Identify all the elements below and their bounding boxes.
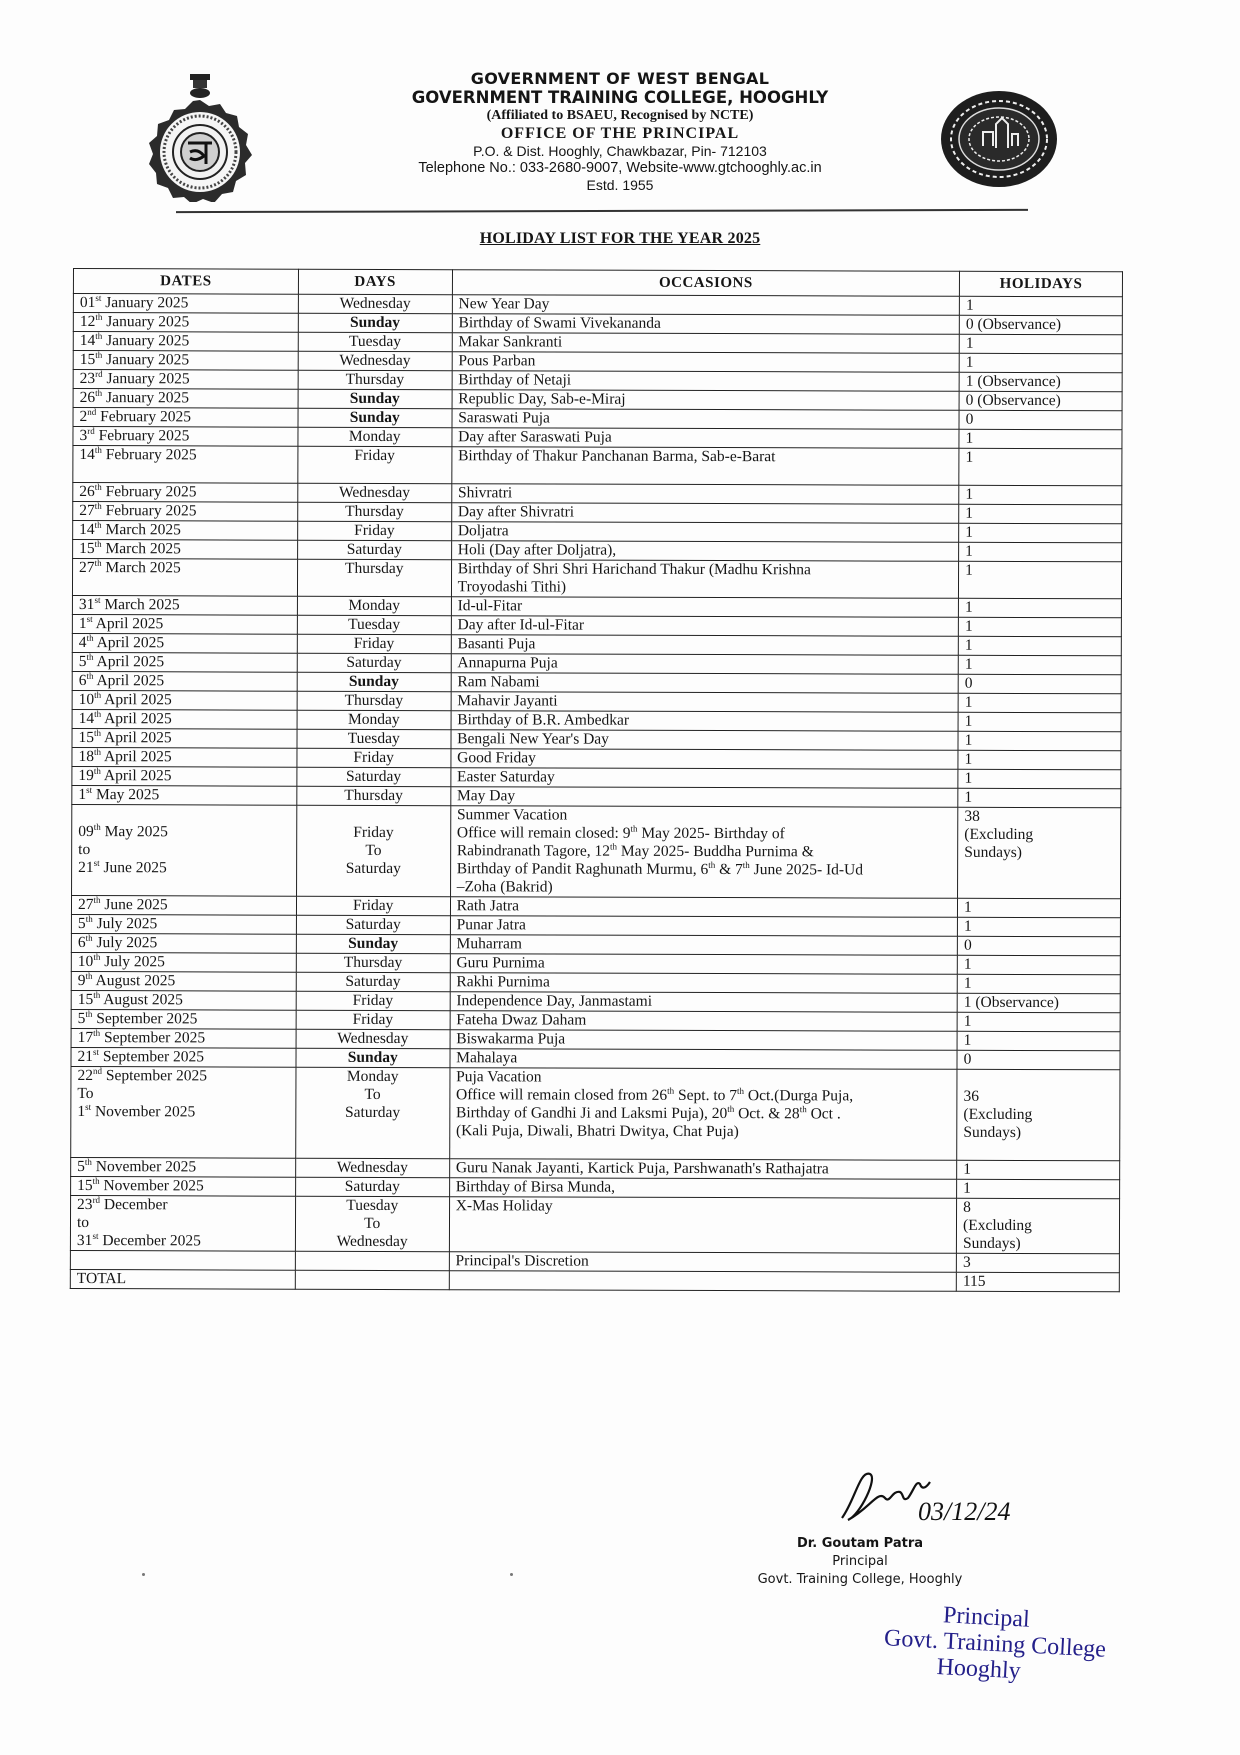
scan-speck <box>510 1573 513 1576</box>
date-cell <box>70 1250 295 1270</box>
occasion-cell: Good Friday <box>451 749 958 770</box>
date-cell: 5th November 2025 <box>71 1157 296 1177</box>
date-cell: 27th February 2025 <box>73 502 298 522</box>
holidays-cell: 0 <box>958 674 1121 694</box>
holidays-cell: 1 <box>958 636 1121 656</box>
date-cell: 5th July 2025 <box>71 914 296 934</box>
date-cell: 18th April 2025 <box>72 747 297 767</box>
date-cell: 23rd Decemberto31st December 2025 <box>70 1195 295 1251</box>
occasion-cell: Birthday of Netaji <box>452 371 959 392</box>
holidays-cell: 1 <box>957 1012 1120 1032</box>
date-cell: 26th January 2025 <box>73 389 298 409</box>
day-cell: Tuesday <box>297 729 451 748</box>
document-page: GOVERNMENT OF WEST BENGAL GOVERNMENT TRA… <box>0 0 1240 1755</box>
signatory-designation: Principal <box>700 1553 1020 1571</box>
date-cell: TOTAL <box>70 1269 295 1289</box>
date-cell: 22nd September 2025To1st November 2025 <box>71 1066 296 1158</box>
occasion-cell: Birthday of Swami Vivekananda <box>452 314 959 335</box>
holidays-cell: 1 <box>958 898 1121 918</box>
day-cell: Wednesday <box>295 1158 449 1177</box>
date-cell: 15th November 2025 <box>71 1176 296 1196</box>
date-cell: 9th August 2025 <box>71 971 296 991</box>
table-header-row: DATES DAYS OCCASIONS HOLIDAYS <box>73 269 1122 297</box>
date-cell: 27th June 2025 <box>71 895 296 915</box>
holidays-cell: 0 <box>959 410 1122 430</box>
occasion-cell: Guru Nanak Jayanti, Kartick Puja, Parshw… <box>449 1159 956 1180</box>
date-cell: 10th July 2025 <box>71 952 296 972</box>
day-cell: Saturday <box>296 915 450 934</box>
date-cell: 19th April 2025 <box>72 766 297 786</box>
date-cell: 15th April 2025 <box>72 728 297 748</box>
established: Estd. 1955 <box>300 177 940 194</box>
date-cell: 2nd February 2025 <box>73 408 298 428</box>
table-row: 22nd September 2025To1st November 2025Mo… <box>71 1066 1120 1160</box>
day-cell: TuesdayToWednesday <box>295 1196 449 1251</box>
occasion-cell: Guru Purnima <box>450 954 957 975</box>
date-cell: 23rd January 2025 <box>73 370 298 390</box>
holidays-cell: 115 <box>956 1272 1119 1292</box>
holidays-cell: 1 <box>958 617 1121 637</box>
office-name: OFFICE OF THE PRINCIPAL <box>300 125 940 143</box>
day-cell: Wednesday <box>296 1029 450 1048</box>
date-cell: 14th February 2025 <box>73 446 298 484</box>
occasion-cell: Fateha Dwaz Daham <box>450 1011 957 1032</box>
holidays-cell: 1 <box>958 693 1121 713</box>
occasion-cell: Birthday of Birsa Munda, <box>449 1178 956 1199</box>
holidays-cell: 1 <box>959 353 1122 373</box>
govt-name: GOVERNMENT OF WEST BENGAL <box>300 70 940 88</box>
holidays-cell: 8(ExcludingSundays) <box>956 1198 1119 1254</box>
day-cell: Friday <box>296 1010 450 1029</box>
date-cell: 31st March 2025 <box>72 595 297 615</box>
day-cell <box>295 1251 449 1270</box>
holidays-cell: 1 <box>959 561 1122 599</box>
day-cell: Sunday <box>297 672 451 691</box>
occasion-cell: Rakhi Purnima <box>450 973 957 994</box>
day-cell: Saturday <box>297 653 451 672</box>
letterhead: GOVERNMENT OF WEST BENGAL GOVERNMENT TRA… <box>300 70 940 194</box>
day-cell: Tuesday <box>298 332 452 351</box>
holidays-cell: 1 <box>957 1179 1120 1199</box>
date-cell: 15th August 2025 <box>71 990 296 1010</box>
occasion-cell: Shivratri <box>451 484 958 505</box>
occasion-cell: Birthday of Shri Shri Harichand Thakur (… <box>451 560 959 599</box>
day-cell: Friday <box>297 521 451 540</box>
holidays-cell: 38(ExcludingSundays) <box>958 807 1121 899</box>
day-cell: Saturday <box>297 540 451 559</box>
table-row: 23rd Decemberto31st December 2025Tuesday… <box>70 1195 1119 1253</box>
date-cell: 12th January 2025 <box>73 313 298 333</box>
holidays-cell: 1 <box>959 448 1122 486</box>
day-cell: Wednesday <box>298 351 452 370</box>
holidays-cell: 1 <box>959 485 1122 505</box>
holidays-cell: 1 <box>957 1160 1120 1180</box>
occasion-cell: Birthday of Thakur Panchanan Barma, Sab-… <box>451 447 959 486</box>
occasion-cell: Summer VacationOffice will remain closed… <box>450 806 958 899</box>
signatory-institution: Govt. Training College, Hooghly <box>700 1571 1020 1589</box>
occasion-cell: Basanti Puja <box>451 635 958 656</box>
holidays-cell: 1 <box>957 955 1120 975</box>
table-row: 09th May 2025to21st June 2025 FridayToSa… <box>72 804 1121 898</box>
occasion-cell: Republic Day, Sab-e-Miraj <box>452 390 959 411</box>
day-cell: Thursday <box>297 786 451 805</box>
occasion-cell: Puja VacationOffice will remain closed f… <box>449 1068 957 1161</box>
occasion-cell: Rath Jatra <box>450 897 957 918</box>
day-cell: Thursday <box>297 691 451 710</box>
holidays-cell: 3 <box>956 1253 1119 1273</box>
occasion-cell: Easter Saturday <box>451 768 958 789</box>
occasion-cell: May Day <box>450 787 957 808</box>
occasion-cell: Pous Parban <box>452 352 959 373</box>
day-cell: Friday <box>298 446 452 483</box>
holidays-cell: 1 <box>958 769 1121 789</box>
day-cell: Wednesday <box>298 294 452 313</box>
date-cell: 5th April 2025 <box>72 652 297 672</box>
occasion-cell: Biswakarma Puja <box>450 1030 957 1051</box>
holidays-cell: 1 <box>958 731 1121 751</box>
table-row: TOTAL 115 <box>70 1269 1119 1291</box>
occasion-cell: Punar Jatra <box>450 916 957 937</box>
holiday-table: DATES DAYS OCCASIONS HOLIDAYS 01st Janua… <box>70 268 1123 1292</box>
date-cell: 14th January 2025 <box>73 332 298 352</box>
holidays-cell: 1 <box>958 655 1121 675</box>
date-cell: 15th January 2025 <box>73 351 298 371</box>
occasion-cell: Day after Shivratri <box>451 503 958 524</box>
occasion-cell: Doljatra <box>451 522 958 543</box>
holidays-cell: 1 <box>958 712 1121 732</box>
day-cell: Thursday <box>297 559 451 596</box>
table-row: 14th February 2025FridayBirthday of Thak… <box>73 446 1122 486</box>
occasion-cell: Mahavir Jayanti <box>451 692 958 713</box>
date-cell: 21st September 2025 <box>71 1047 296 1067</box>
occasion-cell: Id-ul-Fitar <box>451 597 958 618</box>
occasion-cell: Principal's Discretion <box>449 1252 956 1273</box>
address: P.O. & Dist. Hooghly, Chawkbazar, Pin- 7… <box>300 143 940 160</box>
holidays-cell: 0 <box>957 1050 1120 1070</box>
west-bengal-emblem-icon <box>148 72 252 202</box>
date-cell: 14th April 2025 <box>72 709 297 729</box>
holidays-cell: 0 <box>957 936 1120 956</box>
holidays-cell: 1 <box>959 296 1122 316</box>
date-cell: 26th February 2025 <box>73 483 298 503</box>
occasion-cell <box>449 1271 956 1292</box>
holidays-cell: 1 <box>959 504 1122 524</box>
occasion-cell: Holi (Day after Doljatra), <box>451 541 958 562</box>
holidays-cell: 1 <box>959 429 1122 449</box>
day-cell: Friday <box>296 991 450 1010</box>
header-divider <box>176 209 1028 213</box>
column-header-dates: DATES <box>73 269 298 295</box>
holidays-cell: 1 <box>959 542 1122 562</box>
holidays-cell: 1 <box>957 974 1120 994</box>
holidays-cell: 1 (Observance) <box>957 993 1120 1013</box>
occasion-cell: Saraswati Puja <box>452 409 959 430</box>
occasion-cell: Mahalaya <box>450 1049 957 1070</box>
day-cell: Friday <box>297 748 451 767</box>
date-cell: 09th May 2025to21st June 2025 <box>72 804 297 896</box>
college-seal-icon <box>938 88 1060 190</box>
occasion-cell: Makar Sankranti <box>452 333 959 354</box>
occasion-cell: X-Mas Holiday <box>449 1197 957 1254</box>
day-cell: Saturday <box>296 972 450 991</box>
date-cell: 14th March 2025 <box>73 521 298 541</box>
day-cell: Monday <box>297 710 451 729</box>
day-cell: Saturday <box>295 1177 449 1196</box>
date-cell: 15th March 2025 <box>73 540 298 560</box>
holidays-cell: 1 <box>957 1031 1120 1051</box>
holidays-cell: 1 <box>957 917 1120 937</box>
date-cell: 27th March 2025 <box>72 559 297 597</box>
date-cell: 10th April 2025 <box>72 690 297 710</box>
day-cell: MondayToSaturday <box>295 1067 449 1158</box>
day-cell: Thursday <box>297 502 451 521</box>
holidays-cell: 1 <box>959 334 1122 354</box>
holidays-cell: 1 <box>958 598 1121 618</box>
scan-speck <box>142 1573 145 1576</box>
principal-stamp: Principal Govt. Training College Hooghly <box>843 1597 1147 1691</box>
day-cell: FridayToSaturday <box>296 805 450 896</box>
page-title: HOLIDAY LIST FOR THE YEAR 2025 <box>360 230 880 248</box>
date-cell: 6th April 2025 <box>72 671 297 691</box>
signature-scribble: 03/12/24 <box>830 1460 1040 1530</box>
column-header-holidays: HOLIDAYS <box>959 271 1122 297</box>
day-cell: Thursday <box>298 370 452 389</box>
college-name: GOVERNMENT TRAINING COLLEGE, HOOGHLY <box>300 88 940 107</box>
day-cell: Thursday <box>296 953 450 972</box>
occasion-cell: Day after Saraswati Puja <box>452 428 959 449</box>
occasion-cell: Independence Day, Janmastami <box>450 992 957 1013</box>
day-cell: Sunday <box>296 934 450 953</box>
day-cell: Wednesday <box>298 483 452 502</box>
occasion-cell: Annapurna Puja <box>451 654 958 675</box>
day-cell: Friday <box>297 634 451 653</box>
signatory-name: Dr. Goutam Patra <box>700 1535 1020 1553</box>
column-header-days: DAYS <box>298 269 452 294</box>
date-cell: 4th April 2025 <box>72 633 297 653</box>
column-header-occasions: OCCASIONS <box>452 270 959 297</box>
day-cell: Tuesday <box>297 615 451 634</box>
day-cell: Saturday <box>297 767 451 786</box>
holidays-cell: 36(ExcludingSundays) <box>957 1069 1120 1161</box>
date-cell: 3rd February 2025 <box>73 427 298 447</box>
holiday-table-body: 01st January 2025WednesdayNew Year Day11… <box>70 294 1122 1292</box>
contact: Telephone No.: 033-2680-9007, Website-ww… <box>300 160 940 177</box>
signature-block: Dr. Goutam Patra Principal Govt. Trainin… <box>700 1535 1020 1589</box>
date-cell: 17th September 2025 <box>71 1028 296 1048</box>
occasion-cell: Day after Id-ul-Fitar <box>451 616 958 637</box>
date-cell: 1st April 2025 <box>72 614 297 634</box>
occasion-cell: New Year Day <box>452 295 959 316</box>
holidays-cell: 1 <box>959 523 1122 543</box>
day-cell: Sunday <box>298 313 452 332</box>
holidays-cell: 0 (Observance) <box>959 391 1122 411</box>
occasion-cell: Muharram <box>450 935 957 956</box>
holidays-cell: 0 (Observance) <box>959 315 1122 335</box>
holidays-cell: 1 <box>958 750 1121 770</box>
date-cell: 6th July 2025 <box>71 933 296 953</box>
date-cell: 1st May 2025 <box>72 785 297 805</box>
date-cell: 5th September 2025 <box>71 1009 296 1029</box>
svg-text:03/12/24: 03/12/24 <box>918 1497 1010 1526</box>
day-cell <box>295 1270 449 1289</box>
holidays-cell: 1 (Observance) <box>959 372 1122 392</box>
affiliation: (Affiliated to BSAEU, Recognised by NCTE… <box>300 107 940 125</box>
occasion-cell: Ram Nabami <box>451 673 958 694</box>
occasion-cell: Birthday of B.R. Ambedkar <box>451 711 958 732</box>
day-cell: Sunday <box>298 389 452 408</box>
occasion-cell: Bengali New Year's Day <box>451 730 958 751</box>
day-cell: Monday <box>297 596 451 615</box>
day-cell: Sunday <box>296 1048 450 1067</box>
day-cell: Friday <box>296 896 450 915</box>
date-cell: 01st January 2025 <box>73 294 298 314</box>
day-cell: Sunday <box>298 408 452 427</box>
day-cell: Monday <box>298 427 452 446</box>
holidays-cell: 1 <box>958 788 1121 808</box>
table-row: 27th March 2025ThursdayBirthday of Shri … <box>72 559 1121 599</box>
